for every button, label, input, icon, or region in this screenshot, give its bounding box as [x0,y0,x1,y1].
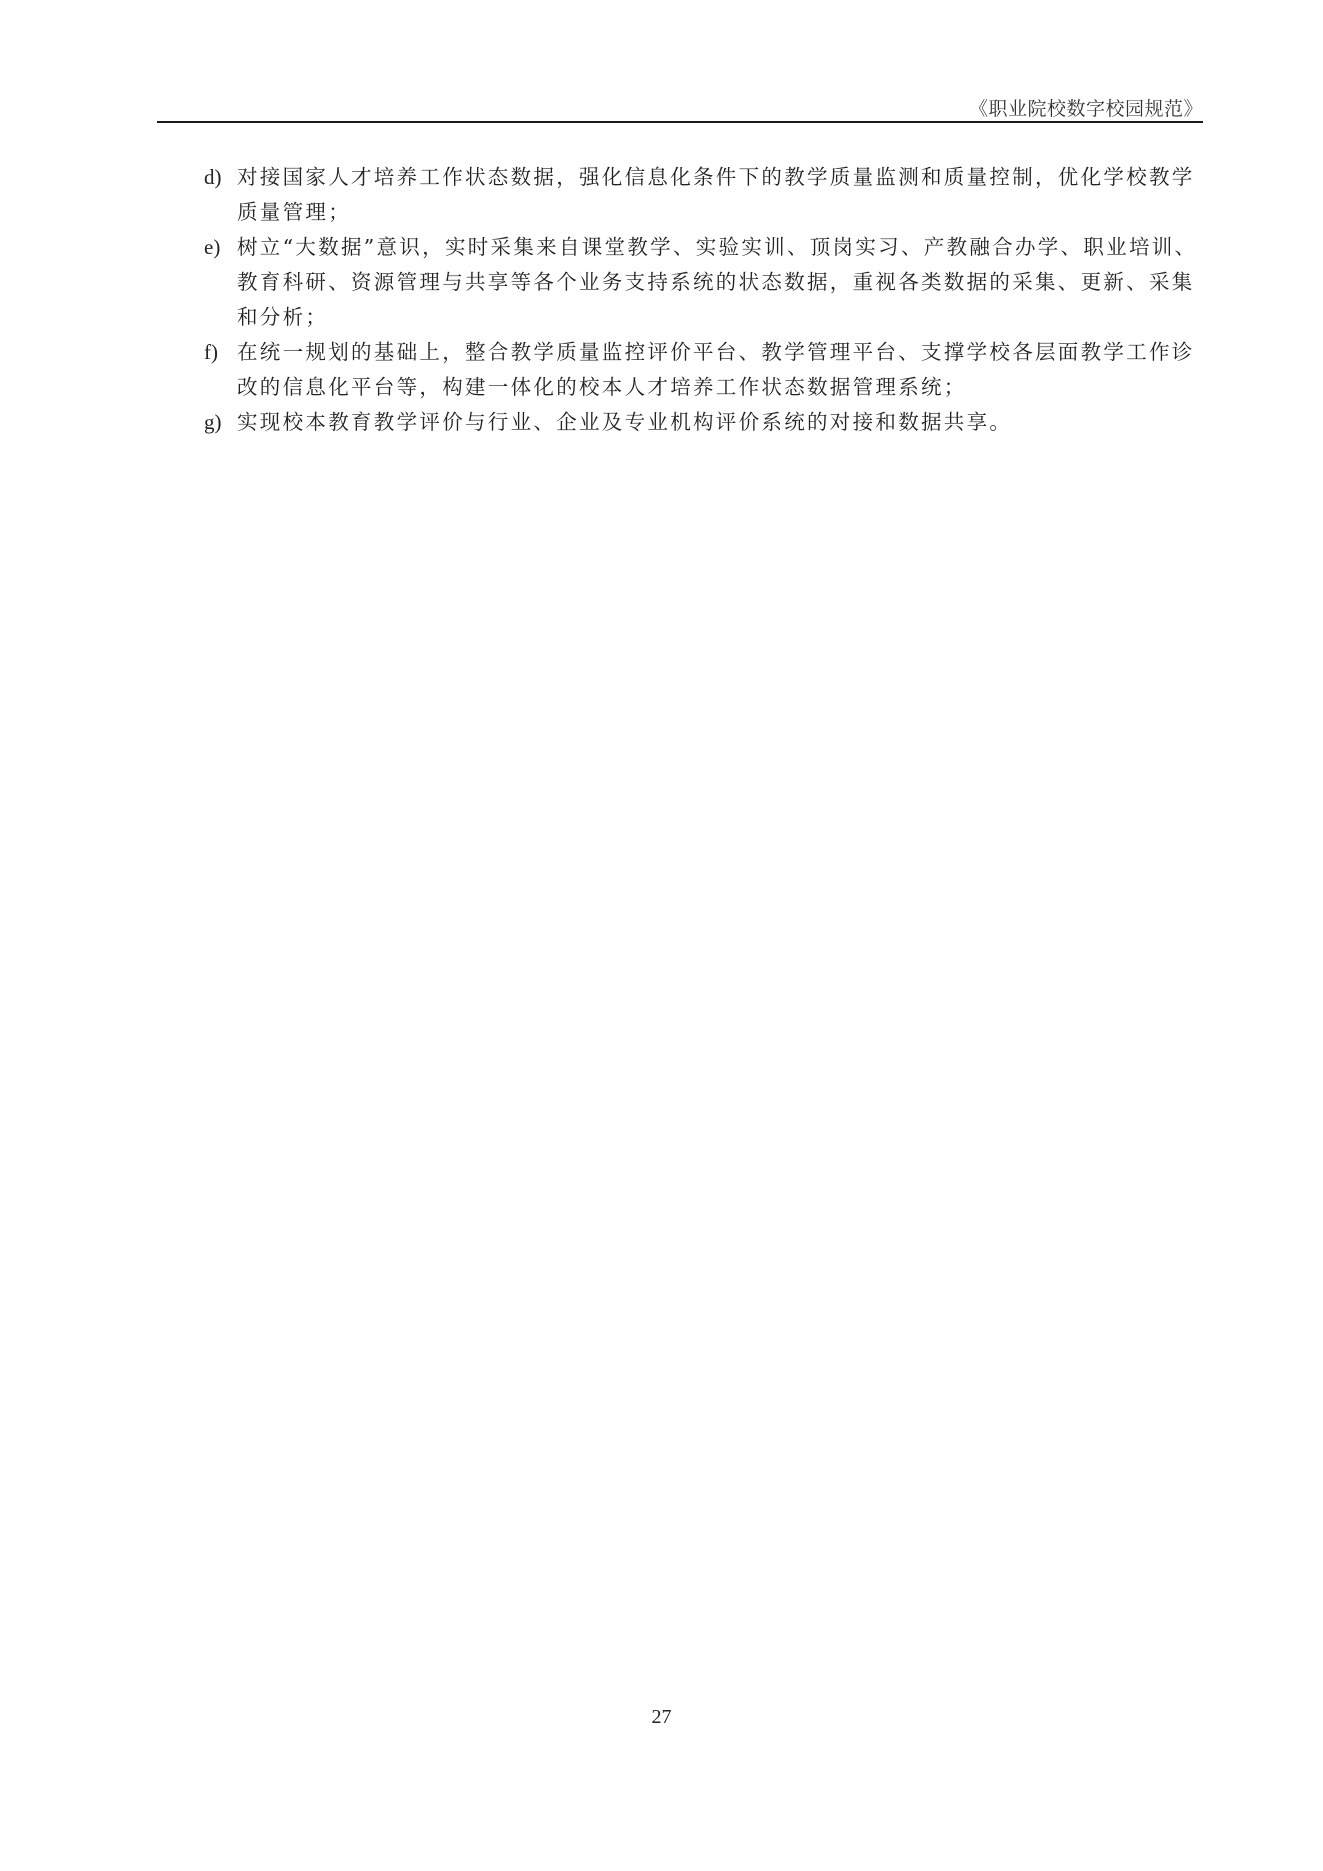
list-item: e) 树立“大数据”意识，实时采集来自课堂教学、实验实训、顶岗实习、产教融合办学… [204,230,1204,335]
list-item: g) 实现校本教育教学评价与行业、企业及专业机构评价系统的对接和数据共享。 [204,405,1204,440]
running-header-title: 《职业院校数字校园规范》 [969,94,1203,121]
list-item: f) 在统一规划的基础上，整合教学质量监控评价平台、教学管理平台、支撑学校各层面… [204,335,1204,405]
list-item: d) 对接国家人才培养工作状态数据，强化信息化条件下的教学质量监测和质量控制，优… [204,160,1204,230]
list-item-text: 树立“大数据”意识，实时采集来自课堂教学、实验实训、顶岗实习、产教融合办学、职业… [237,230,1204,335]
list-item-text: 对接国家人才培养工作状态数据，强化信息化条件下的教学质量监测和质量控制，优化学校… [237,160,1204,230]
header-divider [157,121,1203,123]
requirements-list: d) 对接国家人才培养工作状态数据，强化信息化条件下的教学质量监测和质量控制，优… [204,160,1204,440]
list-marker: e) [204,230,237,335]
list-item-text: 在统一规划的基础上，整合教学质量监控评价平台、教学管理平台、支撑学校各层面教学工… [237,335,1204,405]
page-number: 27 [0,1706,1323,1729]
list-marker: f) [204,335,237,405]
list-marker: g) [204,405,237,440]
list-item-text: 实现校本教育教学评价与行业、企业及专业机构评价系统的对接和数据共享。 [237,405,1204,440]
list-marker: d) [204,160,237,230]
